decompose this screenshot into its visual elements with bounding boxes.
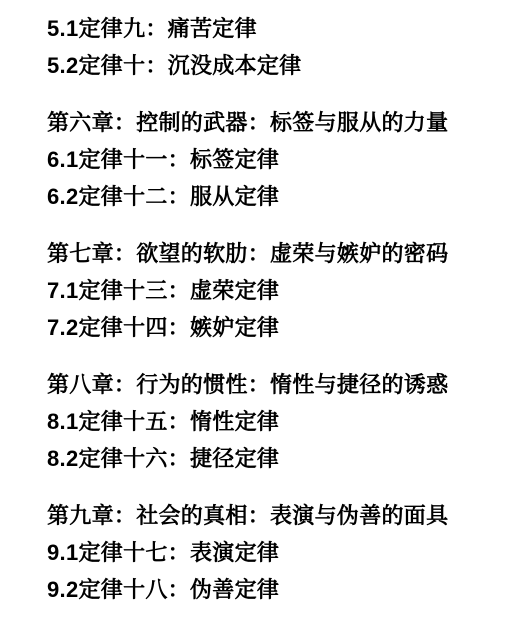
toc-item: 5.1定律九：痛苦定律 (47, 10, 498, 47)
toc-item: 6.1定律十一：标签定律 (47, 141, 498, 178)
document-page: 5.1定律九：痛苦定律5.2定律十：沉没成本定律第六章：控制的武器：标签与服从的… (0, 0, 506, 628)
toc-item: 8.1定律十五：惰性定律 (47, 403, 498, 440)
chapter-heading: 第七章：欲望的软肋：虚荣与嫉妒的密码 (47, 235, 498, 272)
toc-item: 6.2定律十二：服从定律 (47, 178, 498, 215)
toc-item: 8.2定律十六：捷径定律 (47, 440, 498, 477)
toc-item: 5.2定律十：沉没成本定律 (47, 47, 498, 84)
chapter-heading: 第八章：行为的惯性：惰性与捷径的诱惑 (47, 366, 498, 403)
toc-item: 7.2定律十四：嫉妒定律 (47, 309, 498, 346)
chapter-heading: 第九章：社会的真相：表演与伪善的面具 (47, 497, 498, 534)
toc-item: 9.1定律十七：表演定律 (47, 534, 498, 571)
chapter-heading: 第六章：控制的武器：标签与服从的力量 (47, 104, 498, 141)
toc-item: 7.1定律十三：虚荣定律 (47, 272, 498, 309)
table-of-contents: 5.1定律九：痛苦定律5.2定律十：沉没成本定律第六章：控制的武器：标签与服从的… (47, 10, 498, 608)
toc-item: 9.2定律十八：伪善定律 (47, 571, 498, 608)
